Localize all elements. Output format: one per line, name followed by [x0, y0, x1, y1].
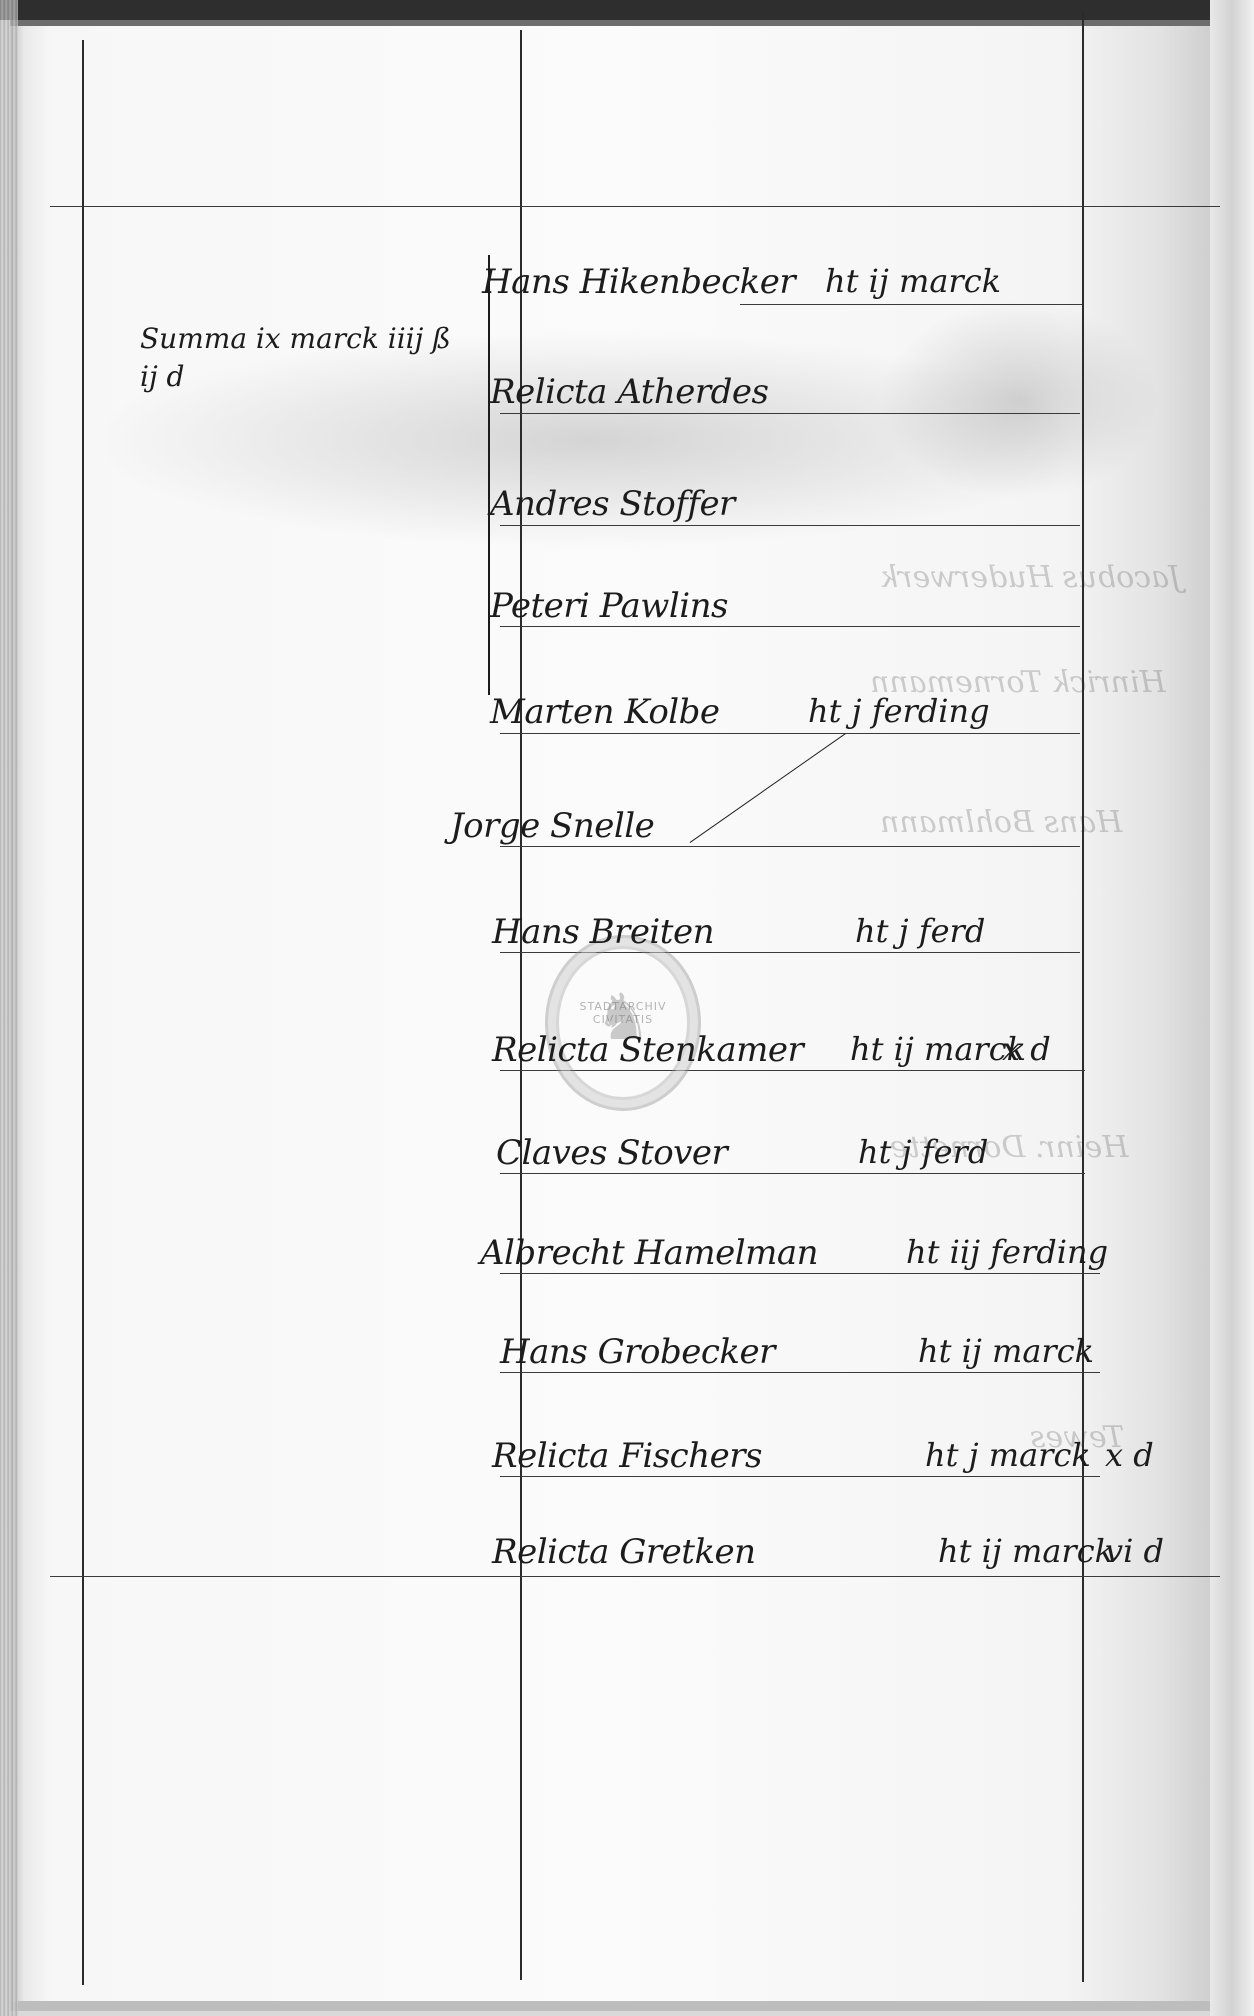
entry-amount: ht j ferding	[808, 692, 990, 730]
entry-rule	[500, 525, 1080, 526]
entry-amount: ht ij marck	[938, 1532, 1114, 1570]
entry-rule	[500, 626, 1080, 627]
stamp-text: STADTARCHIV CIVITATIS	[548, 1000, 698, 1026]
entry-name: Relicta Stenkamer	[492, 1030, 803, 1070]
entry-name: Hans Grobecker	[500, 1332, 775, 1372]
page-top-shadow	[0, 0, 1254, 20]
entry-amount: ht j ferd	[858, 1133, 988, 1171]
entry-rule	[500, 733, 1080, 734]
entry-name: Relicta Atherdes	[490, 372, 768, 412]
right-margin-rule	[1082, 12, 1084, 1982]
bleed-through-text: Jacobus Huderwerk	[880, 560, 1181, 595]
entry-name: Hans Hikenbecker	[482, 262, 795, 302]
entry-name: Marten Kolbe	[490, 692, 720, 732]
entry-rule	[500, 1372, 1100, 1373]
entry-extra: x d	[1105, 1436, 1154, 1474]
footer-rule	[50, 1576, 1220, 1577]
entry-amount: ht j marck	[925, 1436, 1091, 1474]
archive-stamp: ♞ STADTARCHIV CIVITATIS	[545, 935, 701, 1111]
entry-name: Relicta Gretken	[492, 1532, 756, 1572]
entry-name: Claves Stover	[496, 1133, 727, 1173]
entry-extra: vi d	[1105, 1532, 1164, 1570]
entry-amount: ht ij marck	[918, 1332, 1094, 1370]
entry-rule	[500, 1476, 1100, 1477]
bleed-through-text: Hans Bohlmann	[880, 805, 1122, 840]
book-spine-edge	[0, 0, 18, 2016]
entry-name: Peteri Pawlins	[490, 586, 728, 626]
margin-note-line: Summa ix marck iiij ß	[140, 320, 451, 358]
entry-name: Hans Breiten	[492, 912, 714, 952]
entry-amount: ht ij marck	[825, 262, 1001, 300]
entry-rule	[500, 413, 1080, 414]
entry-rule	[500, 1173, 1085, 1174]
left-margin-rule	[82, 40, 84, 1985]
entry-name: Albrecht Hamelman	[480, 1233, 818, 1273]
entry-rule	[500, 1273, 1100, 1274]
entry-extra: x d	[1002, 1030, 1051, 1068]
entry-rule	[500, 846, 1080, 847]
entry-name: Jorge Snelle	[450, 806, 654, 846]
header-rule	[50, 206, 1220, 207]
name-column-rule	[520, 30, 522, 1980]
entry-name: Andres Stoffer	[490, 484, 735, 524]
entry-amount: ht iij ferding	[906, 1233, 1108, 1271]
margin-note-line: ij d	[140, 358, 451, 396]
entry-amount: ht ij marck	[850, 1030, 1026, 1068]
water-stain	[880, 300, 1160, 500]
page-right-edge	[1210, 0, 1254, 2016]
margin-summary-note: Summa ix marck iiij ß ij d	[140, 320, 451, 396]
entry-rule	[740, 304, 1082, 305]
entry-bracket	[488, 255, 490, 695]
entry-name: Relicta Fischers	[492, 1436, 762, 1476]
entry-amount: ht j ferd	[855, 912, 985, 950]
